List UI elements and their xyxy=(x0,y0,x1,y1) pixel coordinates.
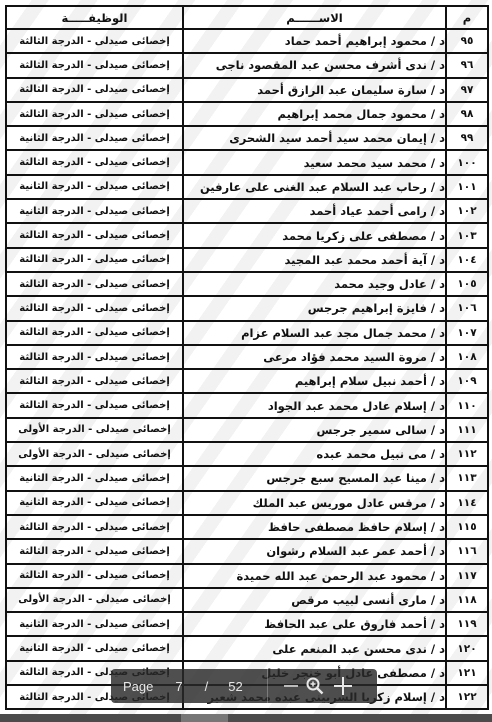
employee-name: د / أحمد فاروق على عبد الحافظ xyxy=(183,612,446,636)
pdf-page: م الاســــــم الوظيفـــــة ٩٥د / محمود إ… xyxy=(0,0,492,722)
total-pages: 52 xyxy=(228,679,242,694)
row-number: ١٢٠ xyxy=(446,636,488,660)
row-number: ١١٩ xyxy=(446,612,488,636)
header-number: م xyxy=(446,6,488,29)
plus-icon[interactable] xyxy=(334,677,352,695)
job-title: إخصائى صيدلى - الدرجة الثالثة xyxy=(6,248,183,272)
row-number: ٩٨ xyxy=(446,102,488,126)
employee-name: د / محمود عبد الرحمن عبد الله حميدة xyxy=(183,564,446,588)
job-title: إخصائى صيدلى - الدرجة الأولى xyxy=(6,418,183,442)
employee-name: د / عادل وجيد محمد xyxy=(183,272,446,296)
employee-name: د / إسلام حافظ مصطفى حافظ xyxy=(183,515,446,539)
job-title: إخصائى صيدلى - الدرجة الثانية xyxy=(6,612,183,636)
employee-name: د / إيمان محمد سيد أحمد سيد الشحرى xyxy=(183,126,446,150)
job-title: إخصائى صيدلى - الدرجة الثانية xyxy=(6,175,183,199)
job-title: إخصائى صيدلى - الدرجة الثالثة xyxy=(6,296,183,320)
job-title: إخصائى صيدلى - الدرجة الثالثة xyxy=(6,102,183,126)
table-row: ١١٦د / أحمد عمر عبد السلام رشوانإخصائى ص… xyxy=(6,539,488,563)
employee-name: د / مينا عبد المسيح سبع جرجس xyxy=(183,466,446,490)
table-row: ٩٥د / محمود إبراهيم أحمد حمادإخصائى صيدل… xyxy=(6,29,488,53)
header-job: الوظيفـــــة xyxy=(6,6,183,29)
row-number: ٩٩ xyxy=(446,126,488,150)
table-row: ١٠٩د / أحمد نبيل سلام إبراهيمإخصائى صيدل… xyxy=(6,369,488,393)
row-number: ١١١ xyxy=(446,418,488,442)
employee-name: د / مارى أنسى لبيب مرقص xyxy=(183,588,446,612)
employee-name: د / رامى أحمد عياد أحمد xyxy=(183,199,446,223)
row-number: ٩٧ xyxy=(446,78,488,102)
job-title: إخصائى صيدلى - الدرجة الأولى xyxy=(6,442,183,466)
job-title: إخصائى صيدلى - الدرجة الثالثة xyxy=(6,515,183,539)
employee-name: د / محمود جمال محمد إبراهيم xyxy=(183,102,446,126)
page-separator: / xyxy=(205,679,209,694)
table-row: ٩٧د / سارة سليمان عبد الرازق أحمدإخصائى … xyxy=(6,78,488,102)
table-header-row: م الاســــــم الوظيفـــــة xyxy=(6,6,488,29)
employee-name: د / رحاب عبد السلام عبد الغنى على عارفين xyxy=(183,175,446,199)
employee-name: د / آية أحمد محمد عبد المجيد xyxy=(183,248,446,272)
employee-name: د / أحمد نبيل سلام إبراهيم xyxy=(183,369,446,393)
table-row: ١٠١د / رحاب عبد السلام عبد الغنى على عار… xyxy=(6,175,488,199)
row-number: ١٠٦ xyxy=(446,296,488,320)
table-row: ١١٥د / إسلام حافظ مصطفى حافظإخصائى صيدلى… xyxy=(6,515,488,539)
table-row: ١٠٦د / فايزة إبراهيم جرجسإخصائى صيدلى - … xyxy=(6,296,488,320)
scrollbar-thumb[interactable] xyxy=(181,714,228,722)
row-number: ١٠٨ xyxy=(446,345,488,369)
table-row: ١١٢د / مى نبيل محمد عبدهإخصائى صيدلى - ا… xyxy=(6,442,488,466)
page-navigation-toolbar: Page 7 / 52 xyxy=(111,669,377,703)
employee-name: د / سارة سليمان عبد الرازق أحمد xyxy=(183,78,446,102)
job-title: إخصائى صيدلى - الدرجة الثالثة xyxy=(6,345,183,369)
row-number: ١٠٣ xyxy=(446,223,488,247)
job-title: إخصائى صيدلى - الدرجة الثالثة xyxy=(6,369,183,393)
table-row: ١٠٠د / محمد سيد محمد سعيدإخصائى صيدلى - … xyxy=(6,150,488,174)
minus-icon[interactable] xyxy=(284,685,298,687)
table-row: ١١١د / سالى سمير جرجسإخصائى صيدلى - الدر… xyxy=(6,418,488,442)
job-title: إخصائى صيدلى - الدرجة الثالثة xyxy=(6,564,183,588)
table-row: ١١٤د / مرقس عادل موريس عبد الملكإخصائى ص… xyxy=(6,491,488,515)
horizontal-scrollbar[interactable] xyxy=(0,714,492,722)
row-number: ١١٤ xyxy=(446,491,488,515)
job-title: إخصائى صيدلى - الدرجة الثالثة xyxy=(6,150,183,174)
employee-name: د / أحمد عمر عبد السلام رشوان xyxy=(183,539,446,563)
job-title: إخصائى صيدلى - الدرجة الثالثة xyxy=(6,223,183,247)
row-number: ١١٧ xyxy=(446,564,488,588)
row-number: ١١٥ xyxy=(446,515,488,539)
row-number: ١٠١ xyxy=(446,175,488,199)
header-name: الاســــــم xyxy=(183,6,446,29)
employee-name: د / فايزة إبراهيم جرجس xyxy=(183,296,446,320)
employee-name: د / إسلام عادل محمد عبد الجواد xyxy=(183,393,446,417)
job-title: إخصائى صيدلى - الدرجة الثالثة xyxy=(6,321,183,345)
magnifier-plus-icon[interactable] xyxy=(306,677,324,695)
table-row: ١١٣د / مينا عبد المسيح سبع جرجسإخصائى صي… xyxy=(6,466,488,490)
table-row: ٩٨د / محمود جمال محمد إبراهيمإخصائى صيدل… xyxy=(6,102,488,126)
employee-name: د / ندى محسن عبد المنعم على xyxy=(183,636,446,660)
employee-name: د / مصطفى على زكريا محمد xyxy=(183,223,446,247)
table-row: ١٠٧د / محمد جمال مجد عبد السلام عزامإخصا… xyxy=(6,321,488,345)
job-title: إخصائى صيدلى - الدرجة الثالثة xyxy=(6,393,183,417)
row-number: ١١٨ xyxy=(446,588,488,612)
job-title: إخصائى صيدلى - الدرجة الثالثة xyxy=(6,272,183,296)
job-title: إخصائى صيدلى - الدرجة الثانية xyxy=(6,199,183,223)
row-number: ٩٥ xyxy=(446,29,488,53)
current-page-input[interactable]: 7 xyxy=(175,679,182,694)
row-number: ١١٣ xyxy=(446,466,488,490)
row-number: ١٠٢ xyxy=(446,199,488,223)
job-title: إخصائى صيدلى - الدرجة الثانية xyxy=(6,491,183,515)
employee-name: د / مرقس عادل موريس عبد الملك xyxy=(183,491,446,515)
table-row: ١١٠د / إسلام عادل محمد عبد الجوادإخصائى … xyxy=(6,393,488,417)
row-number: ١٢٢ xyxy=(446,685,488,709)
employee-name: د / محمود إبراهيم أحمد حماد xyxy=(183,29,446,53)
table-row: ١٠٨د / مروة السيد محمد فؤاد مرعىإخصائى ص… xyxy=(6,345,488,369)
toolbar-divider xyxy=(267,669,268,703)
row-number: ١٠٠ xyxy=(446,150,488,174)
job-title: إخصائى صيدلى - الدرجة الأولى xyxy=(6,588,183,612)
table-row: ١١٧د / محمود عبد الرحمن عبد الله حميدةإخ… xyxy=(6,564,488,588)
row-number: ١٠٥ xyxy=(446,272,488,296)
table-row: ١١٩د / أحمد فاروق على عبد الحافظإخصائى ص… xyxy=(6,612,488,636)
row-number: ١٠٧ xyxy=(446,321,488,345)
employee-name: د / محمد سيد محمد سعيد xyxy=(183,150,446,174)
table-row: ٩٦د / ندى أشرف محسن عبد المقصود ناجىإخصا… xyxy=(6,53,488,77)
table-row: ١٠٣د / مصطفى على زكريا محمدإخصائى صيدلى … xyxy=(6,223,488,247)
job-title: إخصائى صيدلى - الدرجة الثالثة xyxy=(6,29,183,53)
row-number: ١١٢ xyxy=(446,442,488,466)
job-title: إخصائى صيدلى - الدرجة الثانية xyxy=(6,466,183,490)
page-label: Page xyxy=(123,679,153,694)
row-number: ٩٦ xyxy=(446,53,488,77)
employee-name: د / محمد جمال مجد عبد السلام عزام xyxy=(183,321,446,345)
job-title: إخصائى صيدلى - الدرجة الثالثة xyxy=(6,53,183,77)
employee-name: د / مى نبيل محمد عبده xyxy=(183,442,446,466)
table-row: ١٠٥د / عادل وجيد محمدإخصائى صيدلى - الدر… xyxy=(6,272,488,296)
row-number: ١٠٤ xyxy=(446,248,488,272)
employee-name: د / سالى سمير جرجس xyxy=(183,418,446,442)
employee-name: د / مروة السيد محمد فؤاد مرعى xyxy=(183,345,446,369)
job-title: إخصائى صيدلى - الدرجة الثالثة xyxy=(6,539,183,563)
table-row: ١٢٠د / ندى محسن عبد المنعم علىإخصائى صيد… xyxy=(6,636,488,660)
row-number: ١٠٩ xyxy=(446,369,488,393)
job-title: إخصائى صيدلى - الدرجة الثالثة xyxy=(6,78,183,102)
table-row: ١٠٢د / رامى أحمد عياد أحمدإخصائى صيدلى -… xyxy=(6,199,488,223)
staff-table: م الاســــــم الوظيفـــــة ٩٥د / محمود إ… xyxy=(5,5,489,710)
row-number: ١٢١ xyxy=(446,661,488,685)
table-row: ٩٩د / إيمان محمد سيد أحمد سيد الشحرىإخصا… xyxy=(6,126,488,150)
job-title: إخصائى صيدلى - الدرجة الثانية xyxy=(6,126,183,150)
job-title: إخصائى صيدلى - الدرجة الثانية xyxy=(6,636,183,660)
row-number: ١١٠ xyxy=(446,393,488,417)
row-number: ١١٦ xyxy=(446,539,488,563)
employee-name: د / ندى أشرف محسن عبد المقصود ناجى xyxy=(183,53,446,77)
table-row: ١٠٤د / آية أحمد محمد عبد المجيدإخصائى صي… xyxy=(6,248,488,272)
table-row: ١١٨د / مارى أنسى لبيب مرقصإخصائى صيدلى -… xyxy=(6,588,488,612)
